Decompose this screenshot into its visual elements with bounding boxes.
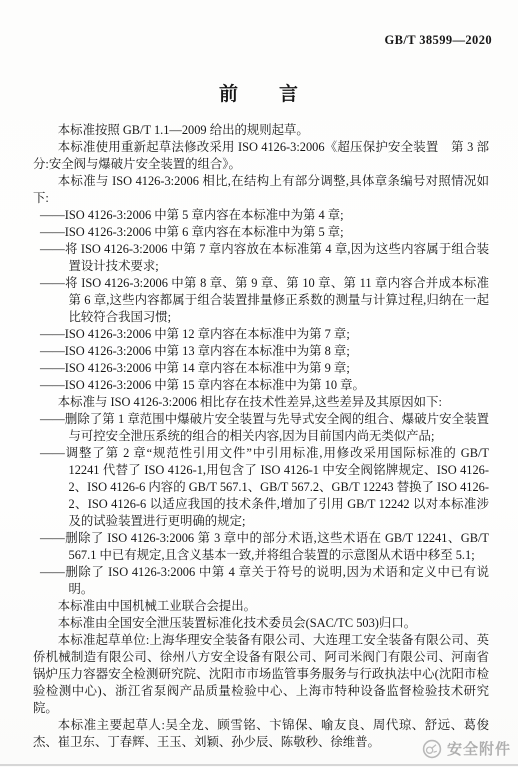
paragraph: 本标准按照 GB/T 1.1—2009 给出的规则起草。 <box>33 122 489 139</box>
standard-number: GB/T 38599—2020 <box>384 33 492 48</box>
clause-list-item: ——将 ISO 4126-3:2006 中第 8 章、第 9 章、第 10 章、… <box>40 275 489 326</box>
paragraph: 本标准使用重新起草法修改采用 ISO 4126-3:2006《超压保护安全装置 … <box>33 139 489 173</box>
paragraph: 本标准与 ISO 4126-3:2006 相比存在技术性差异,这些差异及其原因如… <box>33 394 489 411</box>
safety-accessory-logo-icon <box>422 739 442 759</box>
page-bottom-divider <box>0 764 518 766</box>
clause-list-item: ——调整了第 2 章“规范性引用文件”中引用标准,用修改采用国际标准的 GB/T… <box>40 445 489 530</box>
clause-list-item: ——ISO 4126-3:2006 中第 6 章内容在本标准中为第 5 章; <box>40 224 489 241</box>
paragraph: 本标准起草单位:上海华理安全装备有限公司、大连理工安全装备有限公司、英侨机械制造… <box>33 632 489 717</box>
clause-list-item: ——ISO 4126-3:2006 中第 13 章内容在本标准中为第 8 章; <box>40 343 489 360</box>
page-title: 前 言 <box>0 79 518 106</box>
document-body: 本标准按照 GB/T 1.1—2009 给出的规则起草。本标准使用重新起草法修改… <box>33 122 489 751</box>
clause-list-item: ——删除了 ISO 4126-3:2006 中第 4 章关于符号的说明,因为术语… <box>40 564 489 598</box>
document-page: GB/T 38599—2020 前 言 本标准按照 GB/T 1.1—2009 … <box>0 0 518 767</box>
paragraph: 本标准由中国机械工业联合会提出。 <box>33 598 489 615</box>
clause-list-item: ——ISO 4126-3:2006 中第 5 章内容在本标准中为第 4 章; <box>40 207 489 224</box>
paragraph: 本标准由全国安全泄压装置标准化技术委员会(SAC/TC 503)归口。 <box>33 615 489 632</box>
paragraph: 本标准与 ISO 4126-3:2006 相比,在结构上有部分调整,具体章条编号… <box>33 173 489 207</box>
watermark-badge: 安全附件 <box>422 738 511 759</box>
clause-list-item: ——ISO 4126-3:2006 中第 14 章内容在本标准中为第 9 章; <box>40 360 489 377</box>
clause-list-item: ——ISO 4126-3:2006 中第 15 章内容在本标准中为第 10 章。 <box>40 377 489 394</box>
clause-list-item: ——将 ISO 4126-3:2006 中第 7 章内容放在本标准第 4 章,因… <box>40 241 489 275</box>
watermark-label: 安全附件 <box>447 738 511 759</box>
clause-list-item: ——删除了第 1 章范围中爆破片安全装置与先导式安全阀的组合、爆破片安全装置与可… <box>40 411 489 445</box>
clause-list-item: ——删除了 ISO 4126-3:2006 第 3 章中的部分术语,这些术语在 … <box>40 530 489 564</box>
clause-list-item: ——ISO 4126-3:2006 中第 12 章内容在本标准中为第 7 章; <box>40 326 489 343</box>
paragraph: 本标准主要起草人:吴全龙、顾雪铭、卞锦保、喻友良、周代琼、舒远、葛俊杰、崔卫东、… <box>33 717 489 751</box>
